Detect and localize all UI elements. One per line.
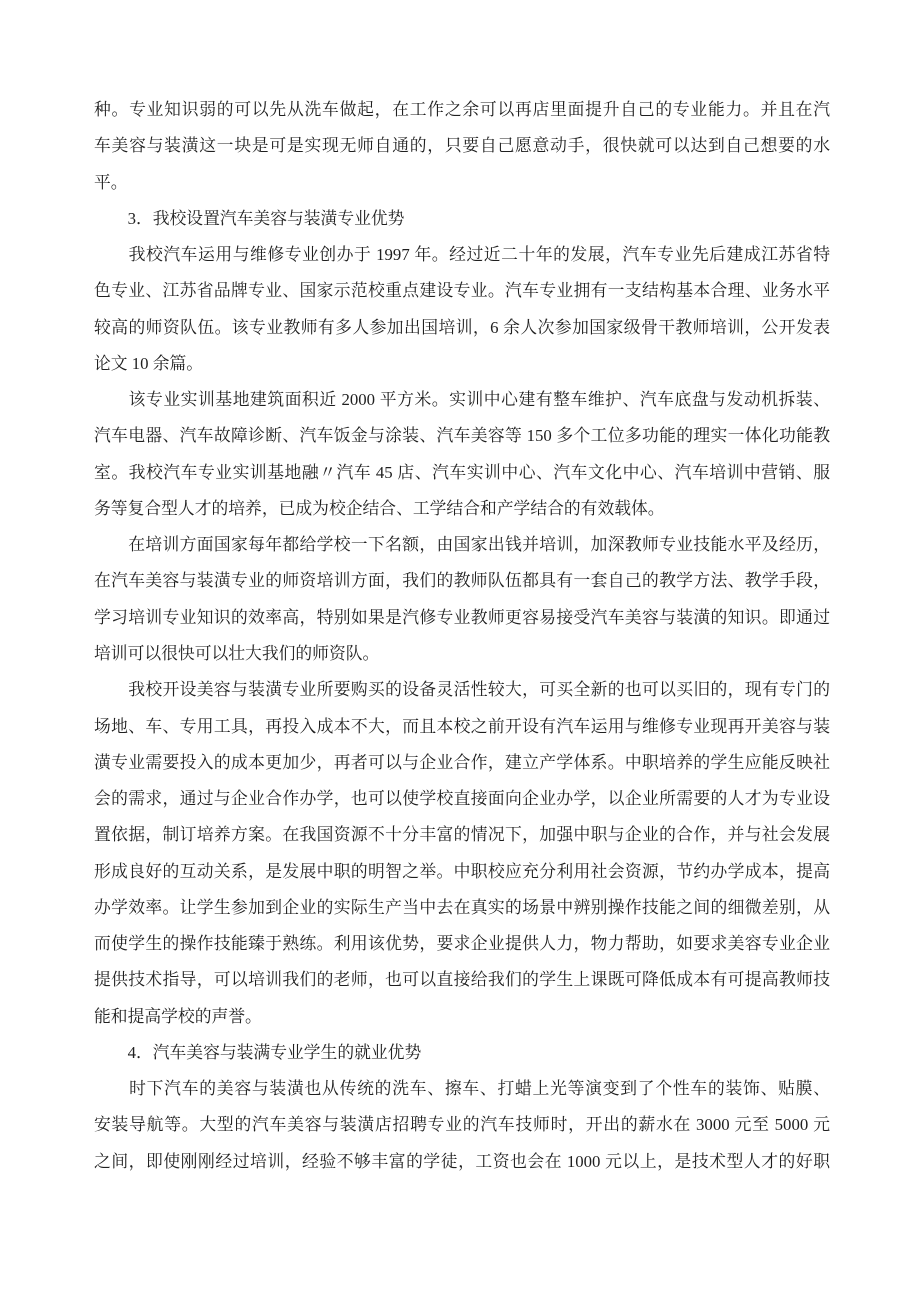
- text-line: 该专业实训基地建筑面积近 2000 平方米。实训中心建有整车维护、汽车底盘与发动…: [94, 382, 830, 418]
- text-line: 在培训方面国家每年都给学校一下名额，由国家出钱并培训，加深教师专业技能水平及经历…: [94, 527, 830, 563]
- document-page: 种。专业知识弱的可以先从洗车做起，在工作之余可以再店里面提升自己的专业能力。并且…: [0, 0, 920, 1301]
- text-line: 培训可以很快可以壮大我们的师资队。: [94, 636, 830, 672]
- heading-section-4: 4．汽车美容与装满专业学生的就业优势: [94, 1035, 830, 1071]
- paragraph-school-history: 我校汽车运用与维修专业创办于 1997 年。经过近二十年的发展，汽车专业先后建成…: [94, 237, 830, 382]
- text-line: 办学效率。让学生参加到企业的实际生产当中去在真实的场景中辨别操作技能之间的细微差…: [94, 890, 830, 926]
- text-line: 平。: [94, 165, 830, 201]
- document-body: 种。专业知识弱的可以先从洗车做起，在工作之余可以再店里面提升自己的专业能力。并且…: [94, 92, 830, 1180]
- text-line: 之间，即使刚刚经过培训，经验不够丰富的学徒，工资也会在 1000 元以上，是技术…: [94, 1144, 830, 1180]
- text-line: 会的需求，通过与企业合作办学，也可以使学校直接面向企业办学，以企业所需要的人才为…: [94, 781, 830, 817]
- text-line: 在汽车美容与装潢专业的师资培训方面，我们的教师队伍都具有一套自己的教学方法、教学…: [94, 563, 830, 599]
- text-line: 能和提高学校的声誉。: [94, 999, 830, 1035]
- text-line: 我校开设美容与装潢专业所要购买的设备灵活性较大，可买全新的也可以买旧的，现有专门…: [94, 672, 830, 708]
- text-line: 务等复合型人才的培养，已成为校企结合、工学结合和产学结合的有效载体。: [94, 491, 830, 527]
- text-line: 而使学生的操作技能臻于熟练。利用该优势，要求企业提供人力，物力帮助，如要求美容专…: [94, 926, 830, 962]
- text-line: 室。我校汽车专业实训基地融〃汽车 45 店、汽车实训中心、汽车文化中心、汽车培训…: [94, 455, 830, 491]
- text-line: 安装导航等。大型的汽车美容与装潢店招聘专业的汽车技师时，开出的薪水在 3000 …: [94, 1107, 830, 1143]
- text-line: 车美容与装潢这一块是可是实现无师自通的，只要自己愿意动手，很快就可以达到自己想要…: [94, 128, 830, 164]
- paragraph-teacher-training: 在培训方面国家每年都给学校一下名额，由国家出钱并培训，加深教师专业技能水平及经历…: [94, 527, 830, 672]
- text-line: 提供技术指导，可以培训我们的老师，也可以直接给我们的学生上课既可降低成本有可提高…: [94, 962, 830, 998]
- text-line: 形成良好的互动关系，是发展中职的明智之举。中职校应充分利用社会资源，节约办学成本…: [94, 854, 830, 890]
- text-line: 3．我校设置汽车美容与装潢专业优势: [94, 201, 830, 237]
- paragraph-continuation: 种。专业知识弱的可以先从洗车做起，在工作之余可以再店里面提升自己的专业能力。并且…: [94, 92, 830, 201]
- text-line: 4．汽车美容与装满专业学生的就业优势: [94, 1035, 830, 1071]
- text-line: 场地、车、专用工具，再投入成本不大，而且本校之前开设有汽车运用与维修专业现再开美…: [94, 709, 830, 745]
- paragraph-training-base: 该专业实训基地建筑面积近 2000 平方米。实训中心建有整车维护、汽车底盘与发动…: [94, 382, 830, 527]
- paragraph-equipment-cooperation: 我校开设美容与装潢专业所要购买的设备灵活性较大，可买全新的也可以买旧的，现有专门…: [94, 672, 830, 1035]
- heading-section-3: 3．我校设置汽车美容与装潢专业优势: [94, 201, 830, 237]
- text-line: 我校汽车运用与维修专业创办于 1997 年。经过近二十年的发展，汽车专业先后建成…: [94, 237, 830, 273]
- paragraph-employment: 时下汽车的美容与装潢也从传统的洗车、擦车、打蜡上光等演变到了个性车的装饰、贴膜、…: [94, 1071, 830, 1180]
- text-line: 较高的师资队伍。该专业教师有多人参加出国培训，6 余人次参加国家级骨干教师培训，…: [94, 310, 830, 346]
- text-line: 种。专业知识弱的可以先从洗车做起，在工作之余可以再店里面提升自己的专业能力。并且…: [94, 92, 830, 128]
- text-line: 时下汽车的美容与装潢也从传统的洗车、擦车、打蜡上光等演变到了个性车的装饰、贴膜、: [94, 1071, 830, 1107]
- text-line: 色专业、江苏省品牌专业、国家示范校重点建设专业。汽车专业拥有一支结构基本合理、业…: [94, 273, 830, 309]
- text-line: 学习培训专业知识的效率高，特别如果是汽修专业教师更容易接受汽车美容与装潢的知识。…: [94, 600, 830, 636]
- text-line: 论文 10 余篇。: [94, 346, 830, 382]
- text-line: 潢专业需要投入的成本更加少，再者可以与企业合作，建立产学体系。中职培养的学生应能…: [94, 745, 830, 781]
- text-line: 汽车电器、汽车故障诊断、汽车饭金与涂装、汽车美容等 150 多个工位多功能的理实…: [94, 418, 830, 454]
- text-line: 置依据，制订培养方案。在我国资源不十分丰富的情况下，加强中职与企业的合作，并与社…: [94, 817, 830, 853]
